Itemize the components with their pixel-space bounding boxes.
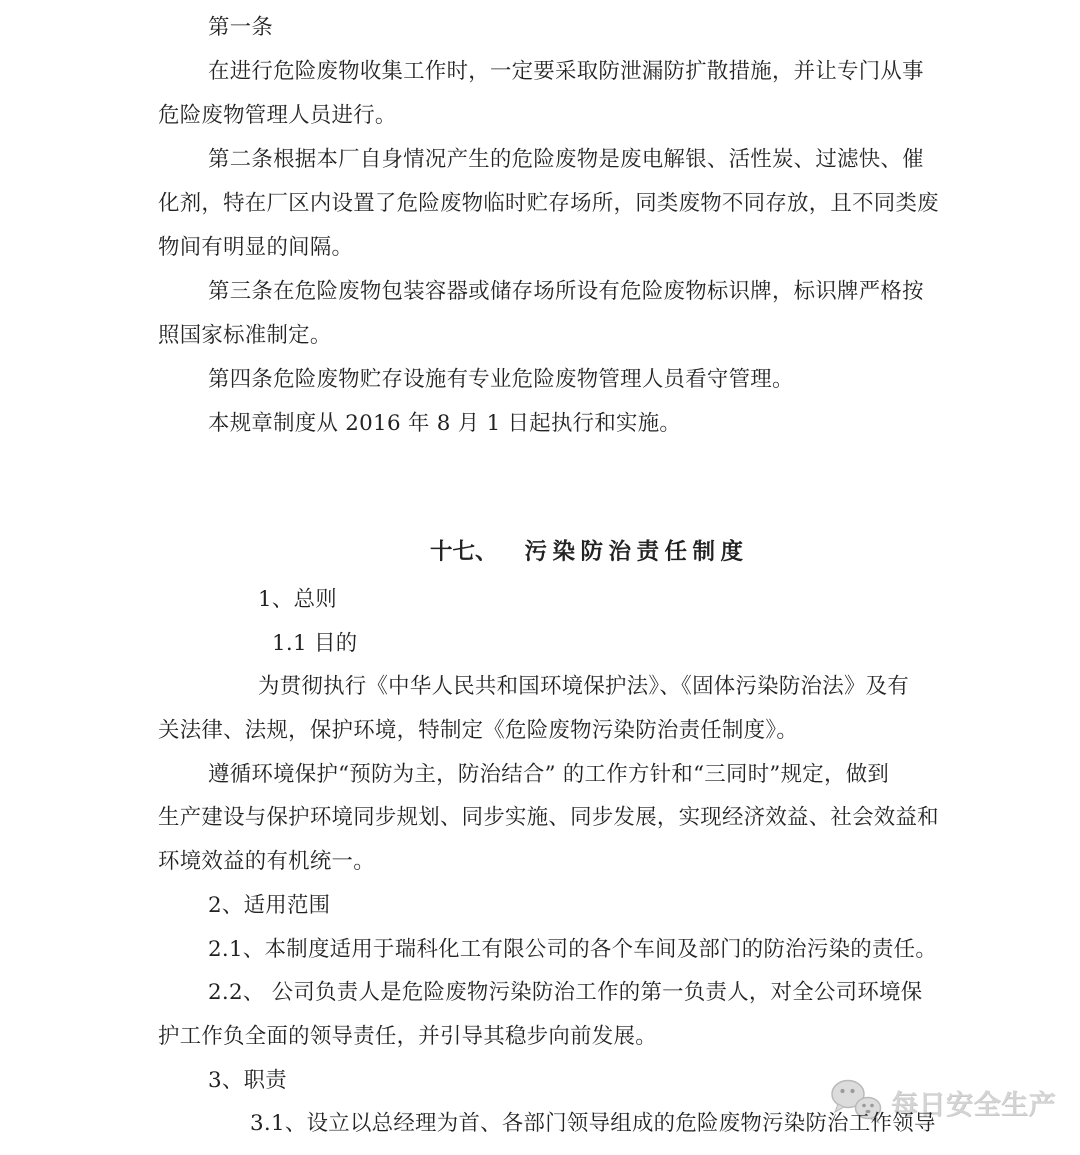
- text-line: 照国家标准制定。: [158, 314, 930, 358]
- document-content: 第一条 在进行危险废物收集工作时，一定要采取防泄漏防扩散措施，并让专门从事 危险…: [158, 6, 930, 1146]
- text-line: 环境效益的有机统一。: [158, 840, 930, 884]
- text-line: 本规章制度从 2016 年 8 月 1 日起执行和实施。: [158, 402, 930, 446]
- text-line: 遵循环境保护“预防为主，防治结合” 的工作方针和“三同时”规定，做到: [158, 753, 930, 797]
- text-line: 3、职责: [158, 1059, 930, 1103]
- text-line: 危险废物管理人员进行。: [158, 94, 930, 138]
- text-line: 3.1、设立以总经理为首、各部门领导组成的危险废物污染防治工作领导: [158, 1102, 930, 1146]
- text-line: 1、总则: [158, 578, 930, 622]
- text-line: 物间有明显的间隔。: [158, 226, 930, 270]
- text-line: 2.2、 公司负责人是危险废物污染防治工作的第一负责人，对全公司环境保: [158, 971, 930, 1015]
- text-line: 2.1、本制度适用于瑞科化工有限公司的各个车间及部门的防治污染的责任。: [158, 928, 930, 972]
- text-line: 化剂，特在厂区内设置了危险废物临时贮存场所，同类废物不同存放，且不同类废: [158, 182, 930, 226]
- text-line: 1.1 目的: [158, 622, 930, 666]
- section-gap: [158, 446, 930, 530]
- pollution-control-section: 1、总则 1.1 目的 为贯彻执行《中华人民共和国环境保护法》、《固体污染防治法…: [158, 578, 930, 1146]
- text-line: 第三条在危险废物包装容器或储存场所设有危险废物标识牌，标识牌严格按: [158, 270, 930, 314]
- text-line: 为贯彻执行《中华人民共和国环境保护法》、《固体污染防治法》及有: [158, 665, 930, 709]
- hazardous-waste-rules-section: 第一条 在进行危险废物收集工作时，一定要采取防泄漏防扩散措施，并让专门从事 危险…: [158, 6, 930, 446]
- text-line: 生产建设与保护环境同步规划、同步实施、同步发展，实现经济效益、社会效益和: [158, 796, 930, 840]
- text-line: 2、适用范围: [158, 884, 930, 928]
- text-line: 护工作负全面的领导责任，并引导其稳步向前发展。: [158, 1015, 930, 1059]
- text-line: 关法律、法规，保护环境，特制定《危险废物污染防治责任制度》。: [158, 709, 930, 753]
- text-line: 第一条: [158, 6, 930, 50]
- text-line: 第四条危险废物贮存设施有专业危险废物管理人员看守管理。: [158, 358, 930, 402]
- section-title: 十七、污染防治责任制度: [158, 530, 930, 574]
- text-line: 第二条根据本厂自身情况产生的危险废物是废电解银、活性炭、过滤快、催: [158, 138, 930, 182]
- section-title-number: 十七、: [430, 539, 498, 565]
- document-page: 第一条 在进行危险废物收集工作时，一定要采取防泄漏防扩散措施，并让专门从事 危险…: [0, 0, 1080, 1155]
- text-line: 在进行危险废物收集工作时，一定要采取防泄漏防扩散措施，并让专门从事: [158, 50, 930, 94]
- section-title-text: 污染防治责任制度: [525, 539, 749, 565]
